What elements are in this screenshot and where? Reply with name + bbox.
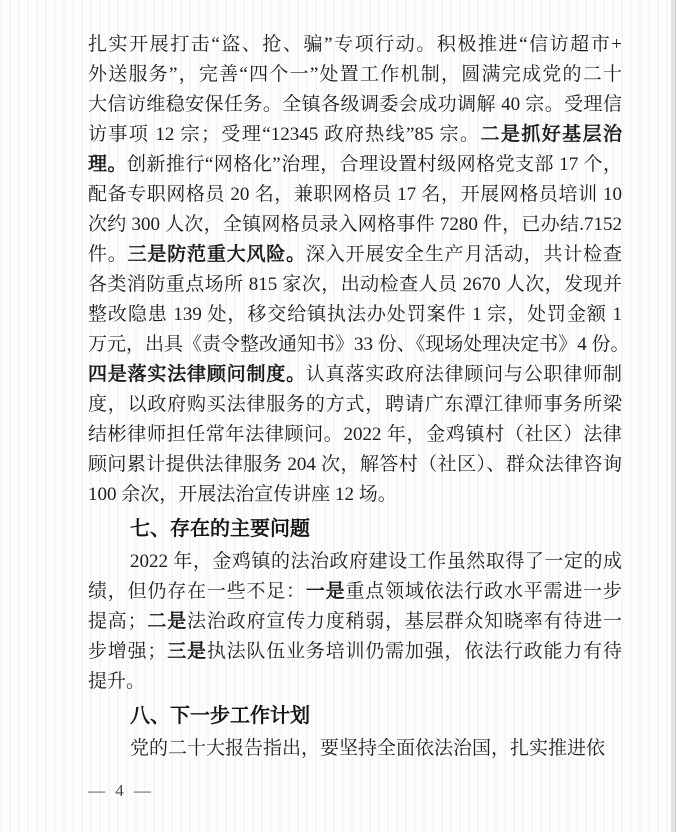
text-run: 绩，但仍存在一些不足： bbox=[88, 581, 306, 602]
document-line: 四是落实法律顾问制度。认真落实政府法律顾问与公职律师制 bbox=[88, 360, 622, 390]
document-line: 党的二十大报告指出，要坚持全面依法治国，扎实推进依 bbox=[88, 734, 622, 764]
text-run: 大信访维稳安保任务。全镇各级调委会成功调解 40 宗。受理信 bbox=[88, 94, 622, 115]
text-run: 创新推行“网格化”治理，合理设置村级网格党支部 17 个， bbox=[127, 154, 622, 175]
text-run: 结彬律师担任常年法律顾问。2022 年，金鸡镇村（社区）法律 bbox=[88, 424, 622, 445]
document-line: 配备专职网格员 20 名，兼职网格员 17 名，开展网格员培训 10 bbox=[88, 180, 622, 210]
document-text: 扎实开展打击“盗、抢、骗”专项行动。积极推进“信访超市+外送服务”，完善“四个一… bbox=[88, 30, 622, 764]
document-line: 大信访维稳安保任务。全镇各级调委会成功调解 40 宗。受理信 bbox=[88, 90, 622, 120]
document-line: 各类消防重点场所 815 家次，出动检查人员 2670 人次，发现并 bbox=[88, 270, 622, 300]
text-run: 件。 bbox=[88, 244, 128, 265]
document-line: 整改隐患 139 处，移交给镇执法办处罚案件 1 宗，处罚金额 1 bbox=[88, 300, 622, 330]
page-number: — 4 — bbox=[88, 781, 154, 801]
document-line: 扎实开展打击“盗、抢、骗”专项行动。积极推进“信访超市+ bbox=[88, 30, 622, 60]
text-run: 整改隐患 139 处，移交给镇执法办处罚案件 1 宗，处罚金额 1 bbox=[88, 304, 622, 325]
text-run: 顾问累计提供法律服务 204 次，解答村（社区）、群众法律咨询 bbox=[88, 454, 622, 475]
document-line: 外送服务”，完善“四个一”处置工作机制，圆满完成党的二十 bbox=[88, 60, 622, 90]
text-run: 2022 年，金鸡镇的法治政府建设工作虽然取得了一定的成 bbox=[130, 551, 622, 572]
scanned-document-page: 扎实开展打击“盗、抢、骗”专项行动。积极推进“信访超市+外送服务”，完善“四个一… bbox=[0, 0, 677, 832]
text-run: 步增强； bbox=[88, 641, 166, 662]
bold-text-run: 四是落实法律顾问制度。 bbox=[88, 364, 306, 385]
document-line: 顾问累计提供法律服务 204 次，解答村（社区）、群众法律咨询 bbox=[88, 450, 622, 480]
document-line: 理。创新推行“网格化”治理，合理设置村级网格党支部 17 个， bbox=[88, 150, 622, 180]
document-line: 100 余次，开展法治宣传讲座 12 场。 bbox=[88, 480, 622, 510]
document-line: 度，以政府购买法律服务的方式，聘请广东潭江律师事务所梁 bbox=[88, 390, 622, 420]
text-run: 访事项 12 宗；受理“12345 政府热线”85 宗。 bbox=[88, 124, 480, 145]
text-run: 扎实开展打击“盗、抢、骗”专项行动。积极推进“信访超市+ bbox=[88, 34, 622, 55]
document-line: 提高；二是法治政府宣传力度稍弱，基层群众知晓率有待进一 bbox=[88, 607, 622, 637]
text-run: 深入开展安全生产月活动，共计检查 bbox=[306, 244, 622, 265]
text-run: 法治政府宣传力度稍弱，基层群众知晓率有待进一 bbox=[187, 611, 622, 632]
text-run: 万元，出具《责令整改通知书》33 份、《现场处理决定书》4 份。 bbox=[88, 334, 630, 355]
text-run: 提升。 bbox=[88, 671, 145, 692]
document-line: 2022 年，金鸡镇的法治政府建设工作虽然取得了一定的成 bbox=[88, 547, 622, 577]
bold-text-run: 三是防范重大风险。 bbox=[128, 244, 306, 265]
document-line: 件。三是防范重大风险。深入开展安全生产月活动，共计检查 bbox=[88, 240, 622, 270]
document-line: 提升。 bbox=[88, 667, 622, 697]
text-run: 重点领域依法行政水平需进一步 bbox=[346, 581, 622, 602]
bold-text-run: 理。 bbox=[88, 154, 127, 175]
text-run: 提高； bbox=[88, 611, 147, 632]
text-run: 配备专职网格员 20 名，兼职网格员 17 名，开展网格员培训 10 bbox=[88, 184, 622, 205]
bold-text-run: 八、下一步工作计划 bbox=[130, 705, 310, 727]
text-run: 度，以政府购买法律服务的方式，聘请广东潭江律师事务所梁 bbox=[88, 394, 622, 415]
document-line: 结彬律师担任常年法律顾问。2022 年，金鸡镇村（社区）法律 bbox=[88, 420, 622, 450]
document-line: 次约 300 人次，全镇网格员录入网格事件 7280 件，已办结.7152 bbox=[88, 210, 622, 240]
page-edge-shadow bbox=[671, 0, 676, 832]
document-line: 绩，但仍存在一些不足：一是重点领域依法行政水平需进一步 bbox=[88, 577, 622, 607]
bold-text-run: 七、存在的主要问题 bbox=[130, 518, 310, 540]
text-run: 认真落实政府法律顾问与公职律师制 bbox=[306, 364, 622, 385]
text-run: 各类消防重点场所 815 家次，出动检查人员 2670 人次，发现并 bbox=[88, 274, 622, 295]
document-line: 访事项 12 宗；受理“12345 政府热线”85 宗。二是抓好基层治 bbox=[88, 120, 622, 150]
bold-text-run: 二是抓好基层治 bbox=[480, 124, 622, 145]
bold-text-run: 三是 bbox=[166, 641, 206, 662]
bold-text-run: 二是 bbox=[147, 611, 187, 632]
text-run: 外送服务”，完善“四个一”处置工作机制，圆满完成党的二十 bbox=[88, 64, 622, 85]
document-line: 步增强；三是执法队伍业务培训仍需加强，依法行政能力有待 bbox=[88, 637, 622, 667]
bold-text-run: 一是 bbox=[306, 581, 346, 602]
section-heading: 八、下一步工作计划 bbox=[88, 701, 622, 731]
document-line: 万元，出具《责令整改通知书》33 份、《现场处理决定书》4 份。 bbox=[88, 330, 622, 360]
text-run: 党的二十大报告指出，要坚持全面依法治国，扎实推进依 bbox=[130, 738, 605, 759]
text-run: 次约 300 人次，全镇网格员录入网格事件 7280 件，已办结.7152 bbox=[88, 214, 622, 235]
section-heading: 七、存在的主要问题 bbox=[88, 514, 622, 544]
text-run: 100 余次，开展法治宣传讲座 12 场。 bbox=[88, 484, 397, 505]
text-run: 执法队伍业务培训仍需加强，依法行政能力有待 bbox=[207, 641, 622, 662]
